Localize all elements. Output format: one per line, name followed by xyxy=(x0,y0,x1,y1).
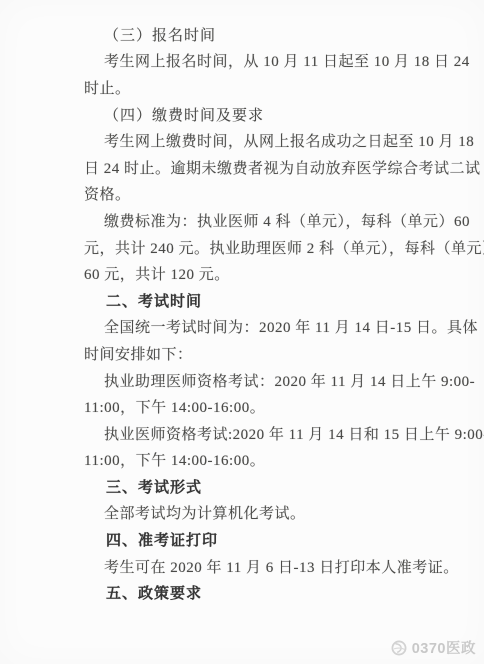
watermark: 0370医政 xyxy=(390,637,476,658)
notice-body: （三）报名时间考生网上报名时间，从 10 月 11 日起至 10 月 18 日 … xyxy=(84,21,424,606)
notice-line: 执业医师资格考试:2020 年 11 月 14 日和 15 日上午 9:00- xyxy=(84,420,424,447)
globe-swirl-icon xyxy=(390,639,408,657)
notice-line: 执业助理医师资格考试：2020 年 11 月 14 日上午 9:00- xyxy=(84,367,424,394)
notice-line: 全国统一考试时间为：2020 年 11 月 14 日-15 日。具体 xyxy=(84,314,424,341)
watermark-text: 0370医政 xyxy=(412,637,476,658)
scanned-notice-page: （三）报名时间考生网上报名时间，从 10 月 11 日起至 10 月 18 日 … xyxy=(0,0,484,664)
notice-line: 考生网上缴费时间，从网上报名成功之日起至 10 月 18 xyxy=(84,127,424,154)
notice-line: 缴费标准为：执业医师 4 科（单元），每科（单元）60 xyxy=(84,207,424,234)
section-heading: 五、政策要求 xyxy=(84,579,424,606)
notice-line: 时止。 xyxy=(84,74,424,101)
notice-line: 资格。 xyxy=(84,181,424,208)
notice-line: 时间安排如下： xyxy=(84,340,424,367)
notice-line: 11:00，下午 14:00-16:00。 xyxy=(84,447,424,474)
notice-line: 考生网上报名时间，从 10 月 11 日起至 10 月 18 日 24 xyxy=(84,48,424,75)
section-heading: 三、考试形式 xyxy=(84,473,424,500)
notice-line: 全部考试均为计算机化考试。 xyxy=(84,500,424,527)
sub-section-heading: （三）报名时间 xyxy=(84,21,424,48)
notice-line: 考生可在 2020 年 11 月 6 日-13 日打印本人准考证。 xyxy=(84,553,424,580)
notice-line: 11:00，下午 14:00-16:00。 xyxy=(84,393,424,420)
section-heading: 四、准考证打印 xyxy=(84,526,424,553)
sub-section-heading: （四）缴费时间及要求 xyxy=(84,101,424,128)
notice-line: 60 元，共计 120 元。 xyxy=(84,260,424,287)
notice-line: 元，共计 240 元。执业助理医师 2 科（单元），每科（单元） xyxy=(84,234,424,261)
section-heading: 二、考试时间 xyxy=(84,287,424,314)
notice-line: 日 24 时止。逾期未缴费者视为自动放弃医学综合考试二试 xyxy=(84,154,424,181)
